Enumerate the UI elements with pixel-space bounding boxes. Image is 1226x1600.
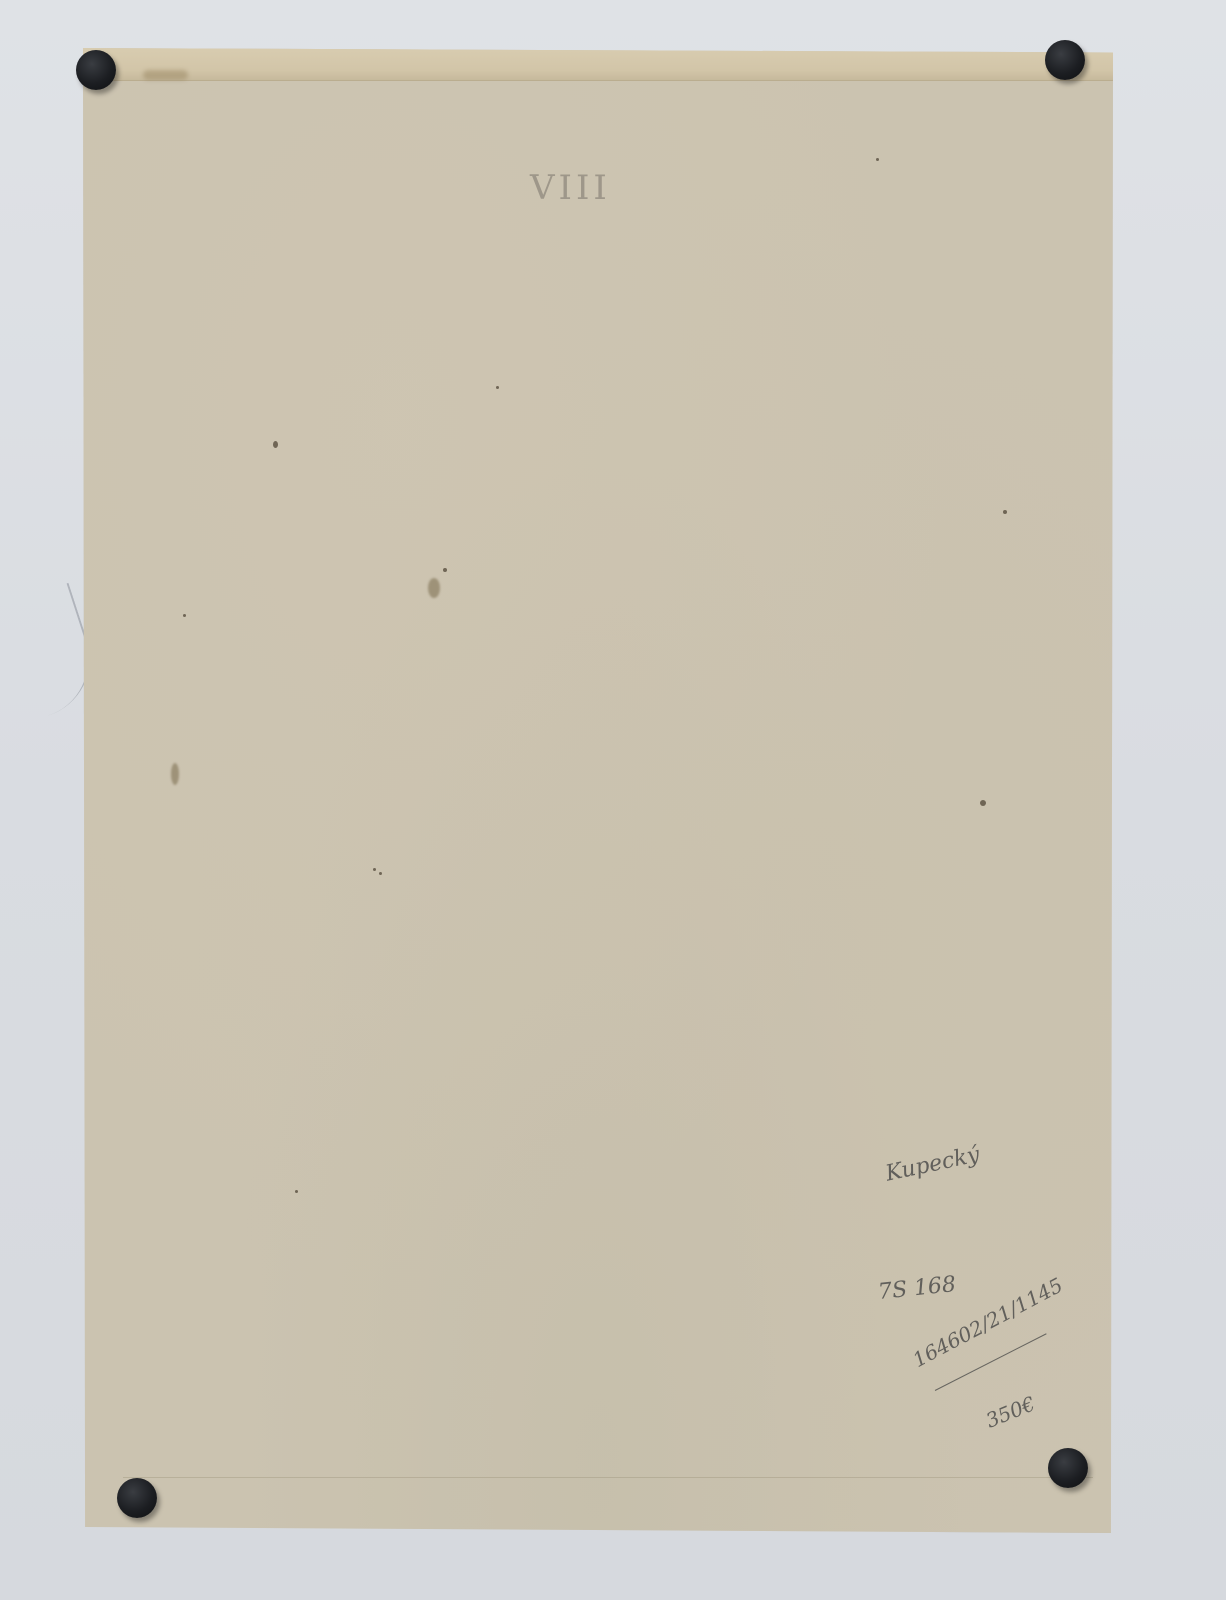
magnet-pin-icon — [1048, 1448, 1088, 1488]
magnet-pin-icon — [76, 50, 116, 90]
paper-speck — [1003, 510, 1007, 514]
paper-speck — [876, 158, 879, 161]
bottom-fold-line — [123, 1477, 1093, 1478]
paper-stain — [171, 763, 179, 785]
paper-speck — [183, 614, 186, 617]
paper-stain — [428, 578, 440, 598]
magnet-pin-icon — [117, 1478, 157, 1518]
magnet-pin-icon — [1045, 40, 1085, 80]
paper-speck — [273, 441, 278, 448]
paper-speck — [295, 1190, 298, 1193]
paper-speck — [980, 800, 986, 806]
paper-speck — [379, 872, 382, 875]
paper-speck — [443, 568, 447, 572]
paper-speck — [373, 868, 376, 871]
paper-sheet-verso — [83, 48, 1113, 1533]
tape-stain — [143, 70, 188, 80]
paper-speck — [496, 386, 499, 389]
top-tape-strip — [83, 48, 1113, 81]
roman-numeral-annotation: VIII — [530, 168, 611, 208]
